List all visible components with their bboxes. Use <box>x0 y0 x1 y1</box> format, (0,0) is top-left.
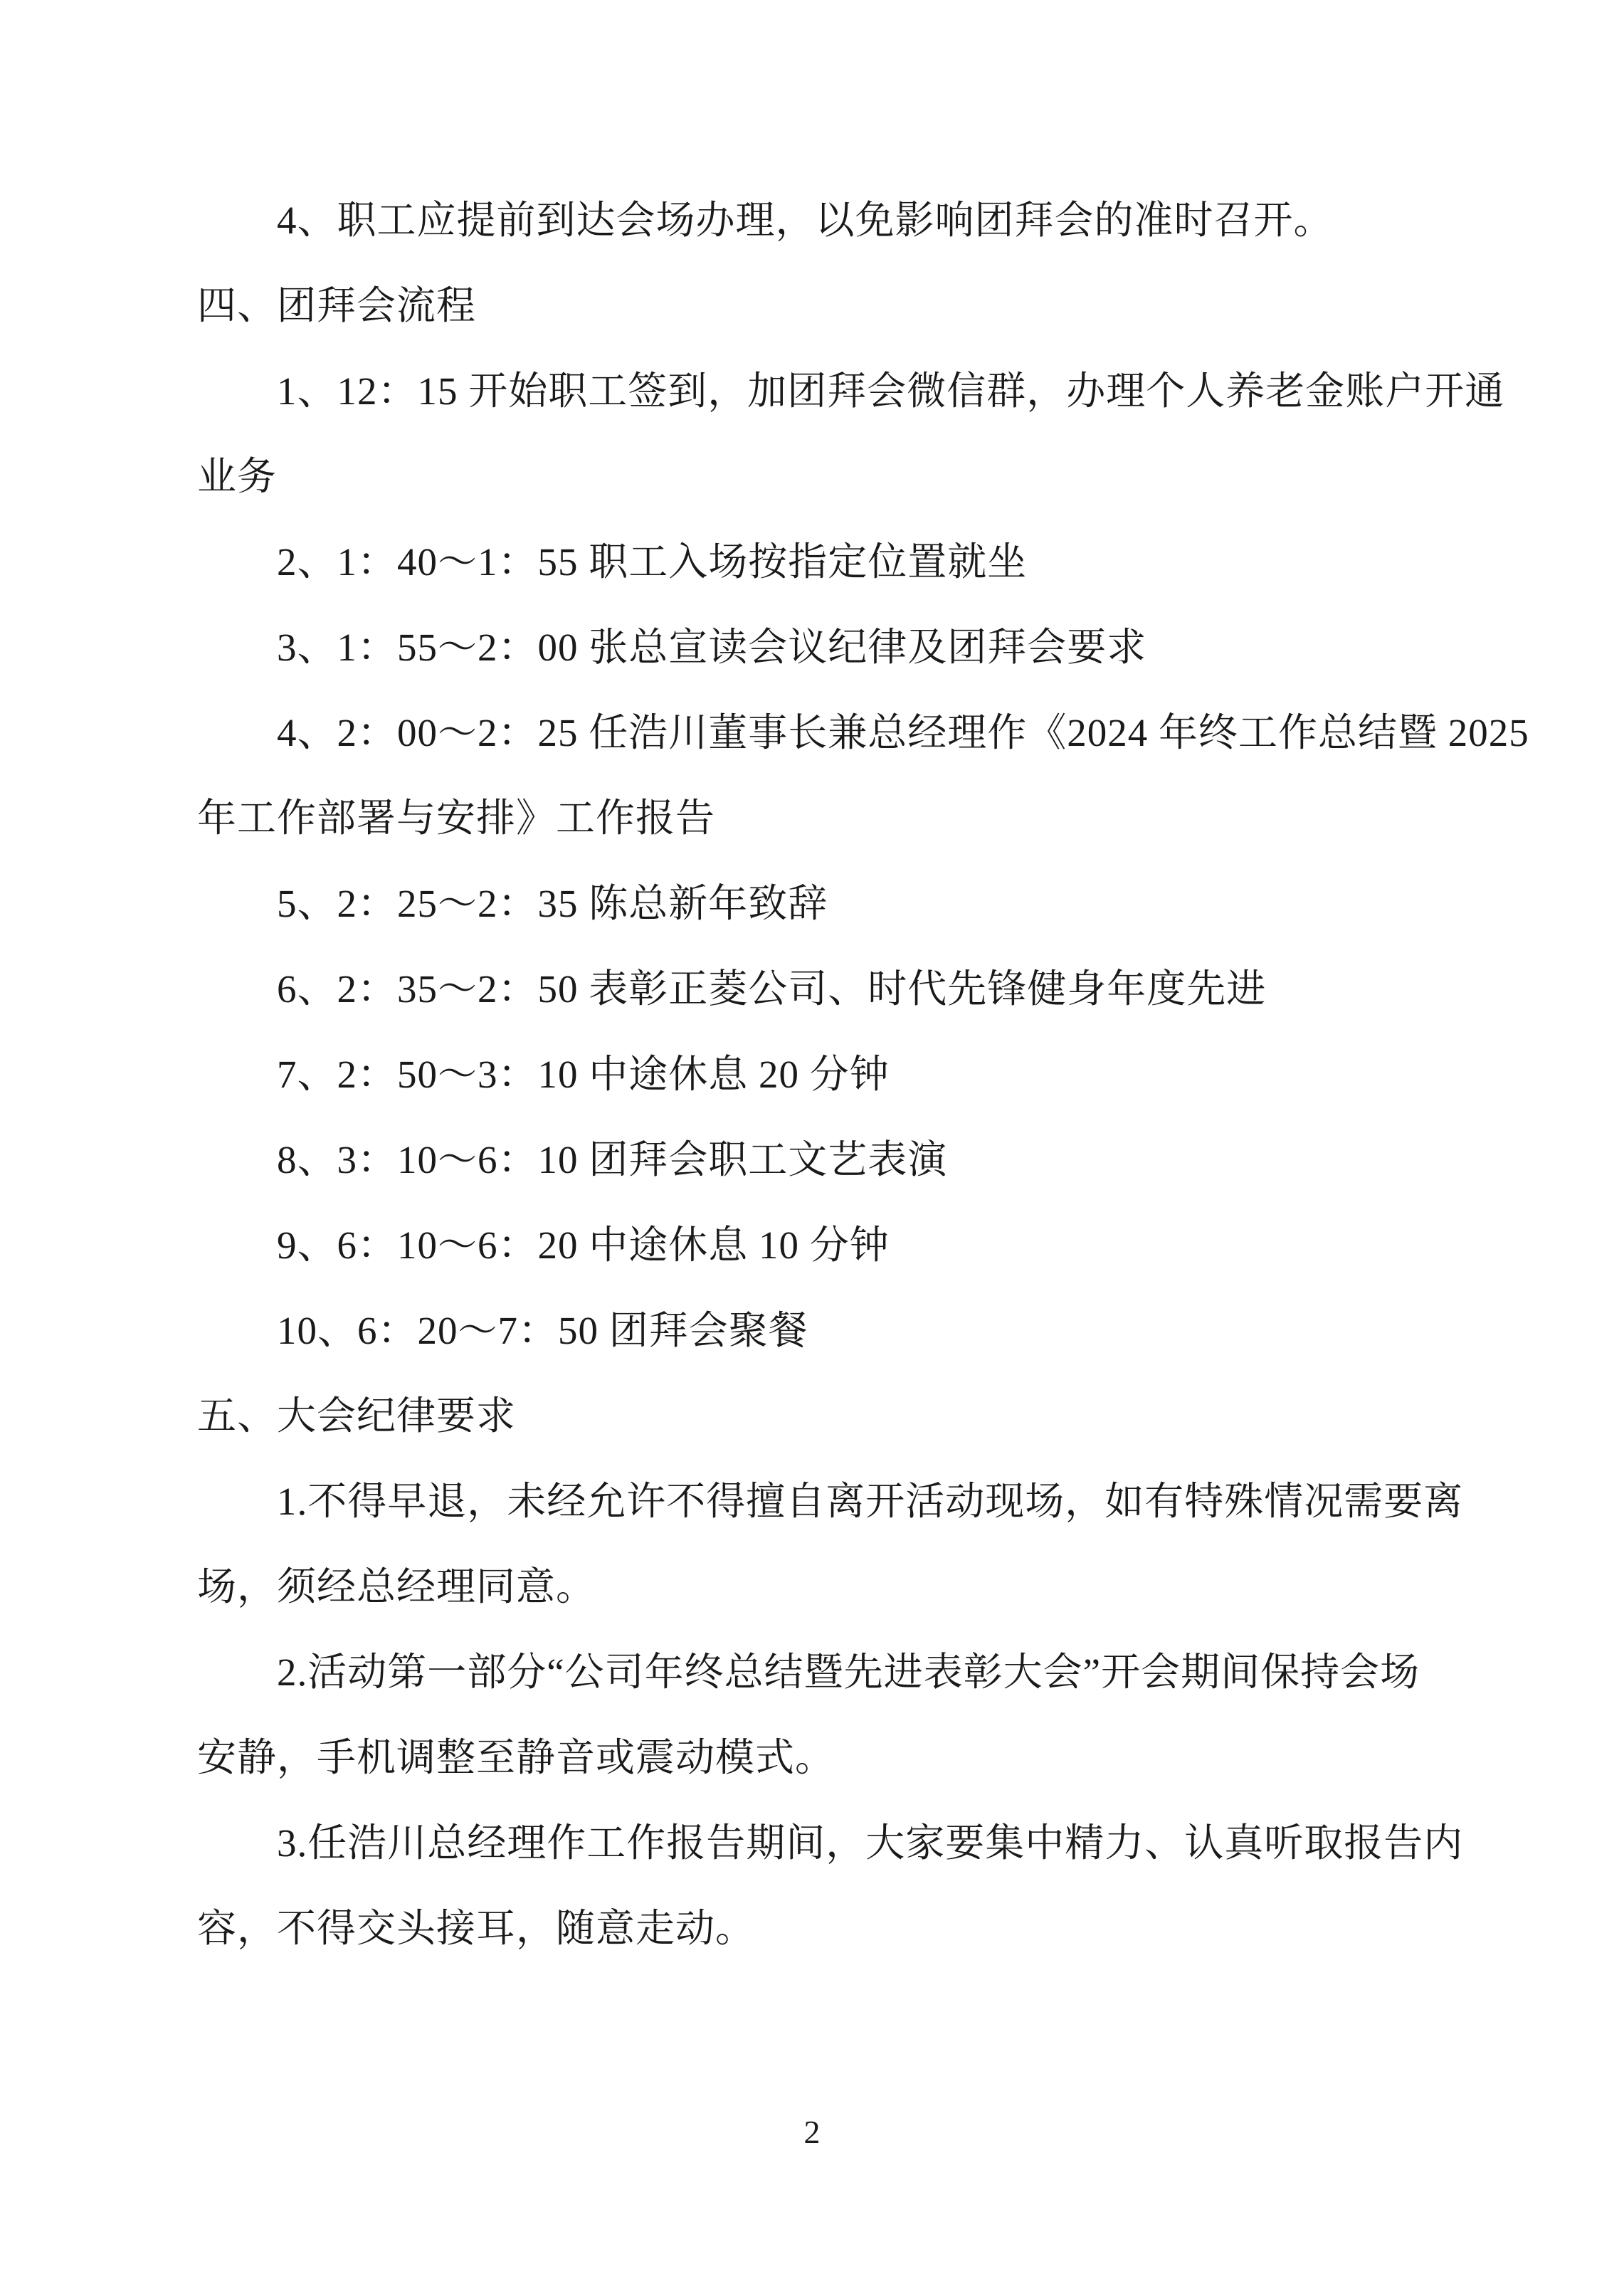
text-line: 1、12：15 开始职工签到，加团拜会微信群，办理个人养老金账户开通 <box>197 349 1435 434</box>
text-line: 2、1：40～1：55 职工入场按指定位置就坐 <box>197 520 1435 605</box>
text-line: 4、职工应提前到达会场办理，以免影响团拜会的准时召开。 <box>197 178 1435 263</box>
page-footer: 2 <box>0 2111 1624 2154</box>
text-line: 业务 <box>197 434 1435 520</box>
page-number: 2 <box>804 2114 821 2150</box>
text-line: 安静，手机调整至静音或震动模式。 <box>197 1715 1435 1801</box>
text-line: 年工作部署与安排》工作报告 <box>197 776 1435 861</box>
text-line: 8、3：10～6：10 团拜会职工文艺表演 <box>197 1117 1435 1203</box>
text-line: 场，须经总经理同意。 <box>197 1544 1435 1630</box>
text-line: 3、1：55～2：00 张总宣读会议纪律及团拜会要求 <box>197 605 1435 690</box>
text-line: 1.不得早退，未经允许不得擅自离开活动现场，如有特殊情况需要离 <box>197 1459 1435 1544</box>
document-body: 4、职工应提前到达会场办理，以免影响团拜会的准时召开。四、团拜会流程1、12：1… <box>197 178 1435 1971</box>
text-line: 容，不得交头接耳，随意走动。 <box>197 1886 1435 1971</box>
text-line: 5、2：25～2：35 陈总新年致辞 <box>197 861 1435 947</box>
text-line: 9、6：10～6：20 中途休息 10 分钟 <box>197 1203 1435 1288</box>
text-line: 五、大会纪律要求 <box>197 1374 1435 1459</box>
text-line: 7、2：50～3：10 中途休息 20 分钟 <box>197 1032 1435 1117</box>
text-line: 4、2：00～2：25 任浩川董事长兼总经理作《2024 年终工作总结暨 202… <box>197 690 1435 776</box>
document-page: 4、职工应提前到达会场办理，以免影响团拜会的准时召开。四、团拜会流程1、12：1… <box>0 0 1624 2296</box>
text-line: 3.任浩川总经理作工作报告期间，大家要集中精力、认真听取报告内 <box>197 1801 1435 1886</box>
text-line: 四、团拜会流程 <box>197 263 1435 349</box>
text-line: 6、2：35～2：50 表彰正菱公司、时代先锋健身年度先进 <box>197 947 1435 1032</box>
text-line: 2.活动第一部分“公司年终总结暨先进表彰大会”开会期间保持会场 <box>197 1630 1435 1715</box>
text-line: 10、6：20～7：50 团拜会聚餐 <box>197 1288 1435 1374</box>
